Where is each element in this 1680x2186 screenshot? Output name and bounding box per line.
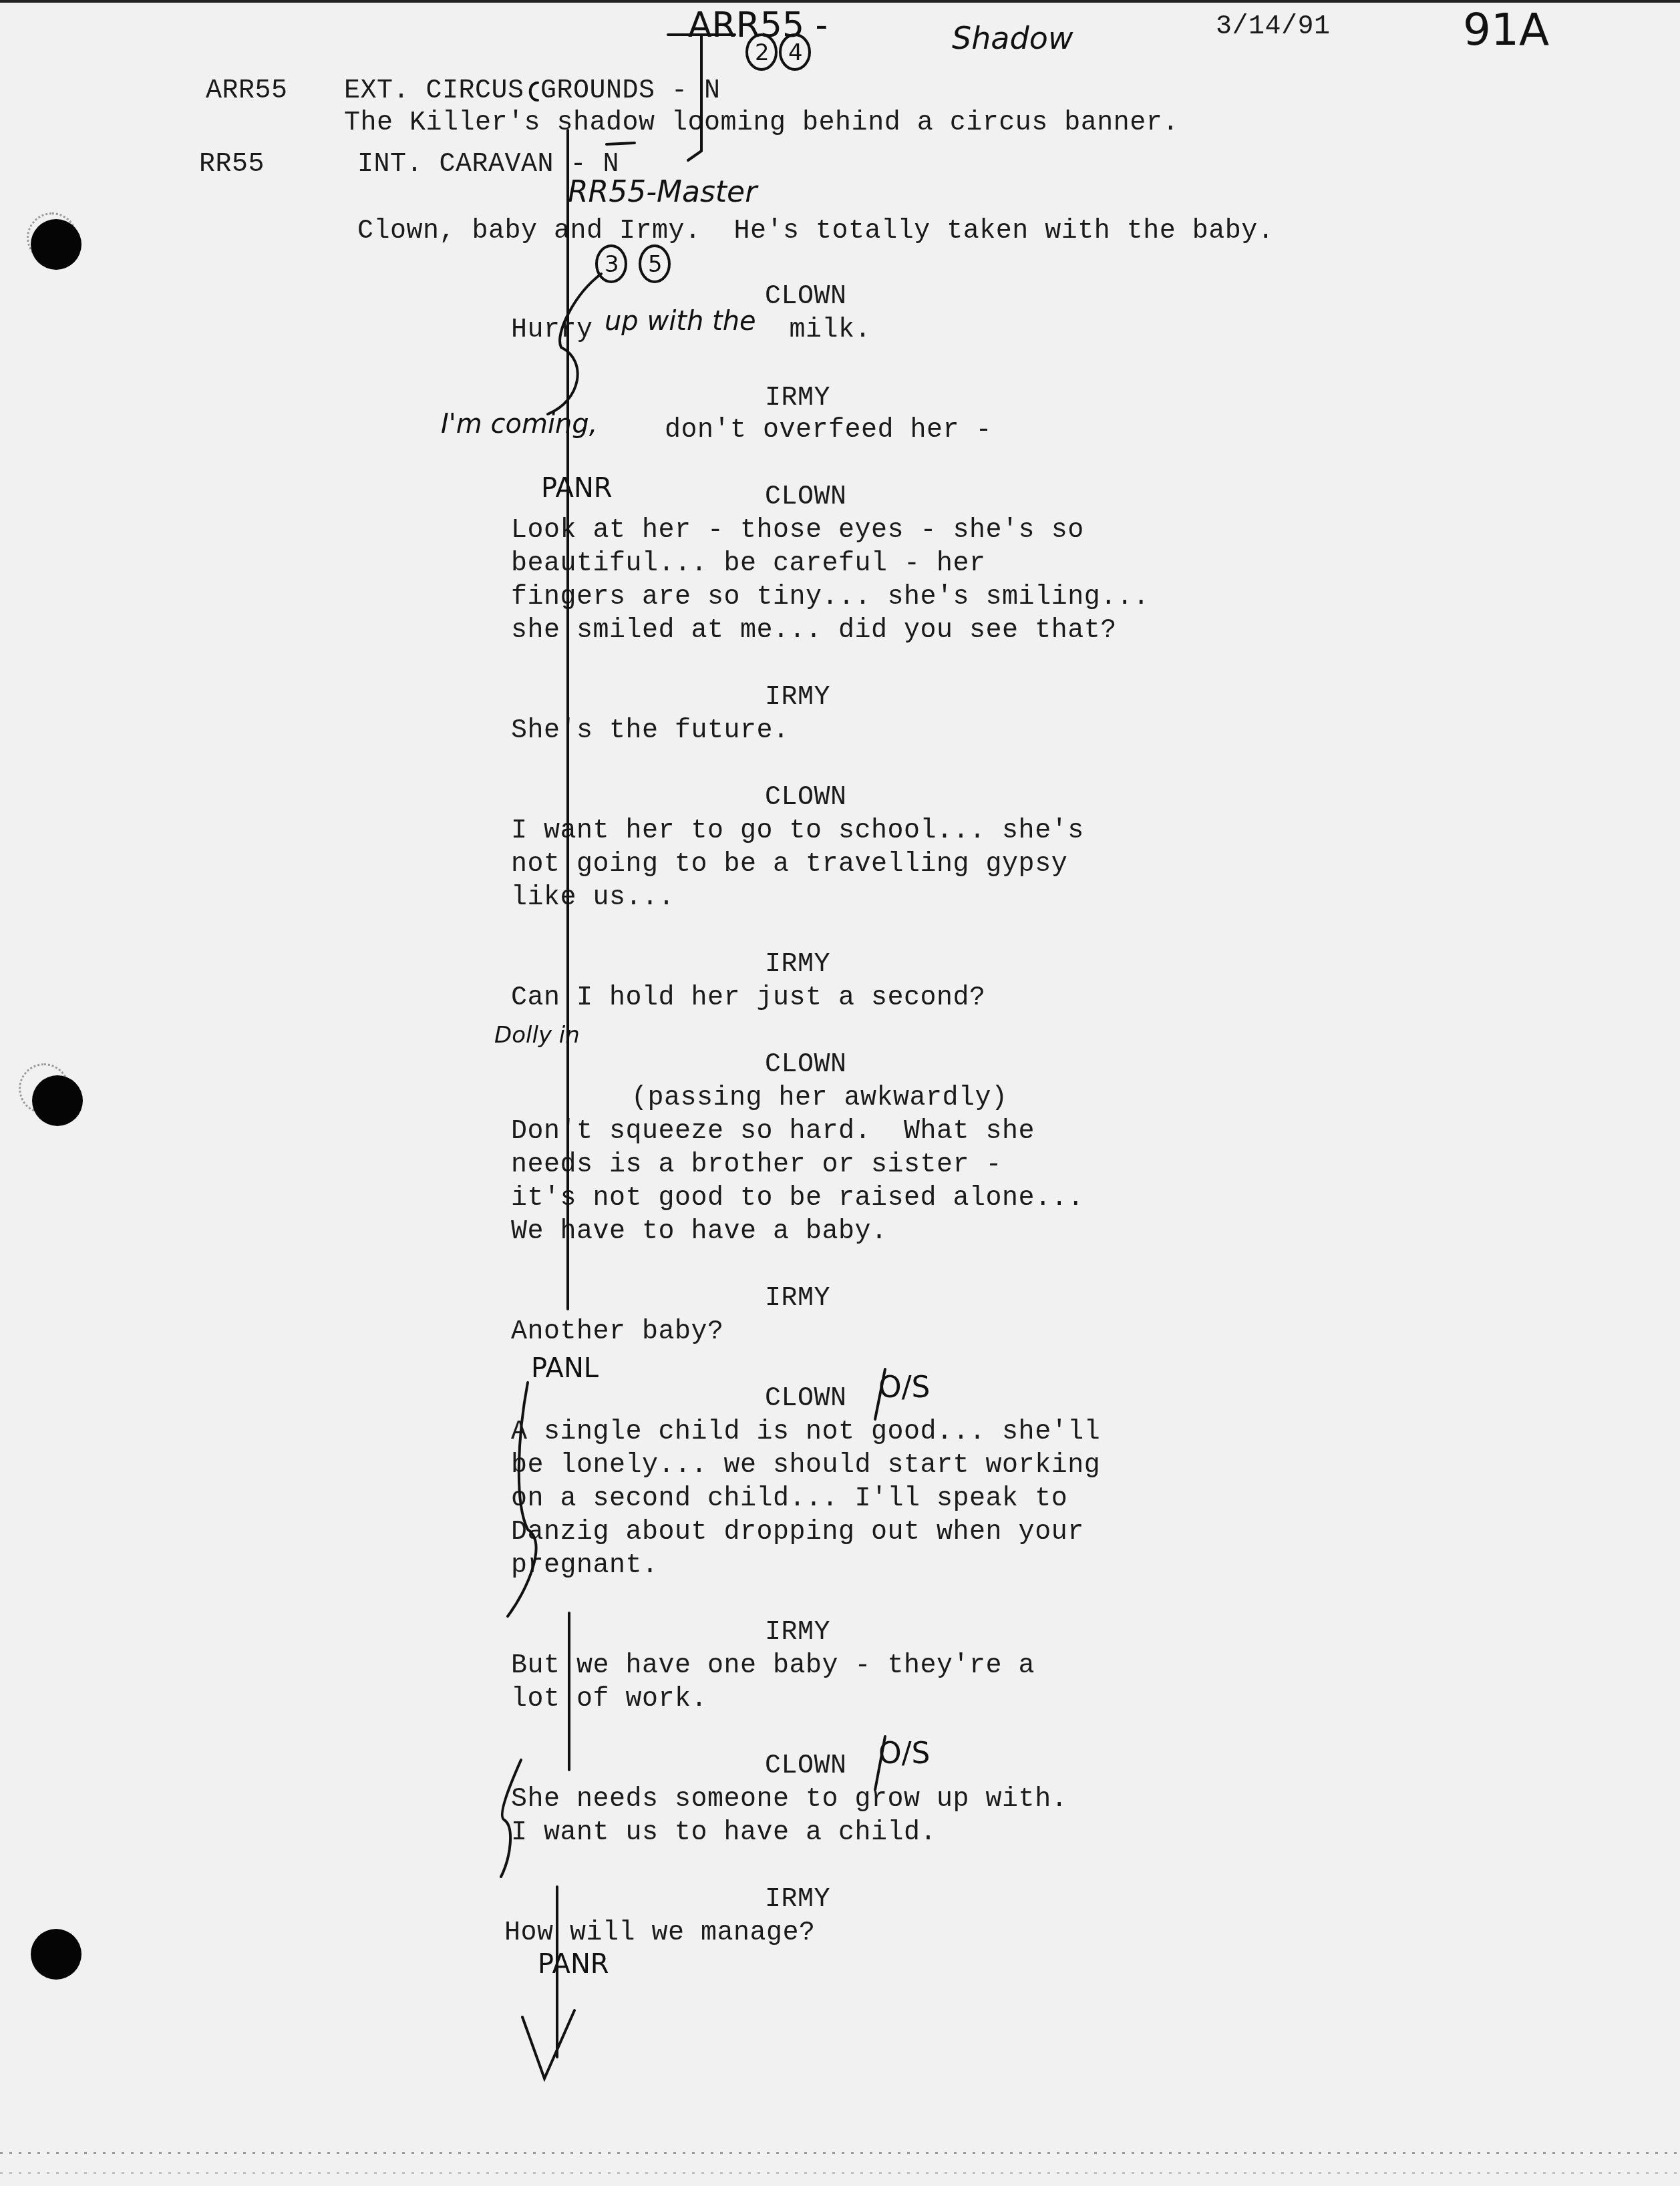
handwritten-insert: I'm coming,: [441, 409, 597, 439]
margin-note-dolly: Dolly in: [494, 1022, 580, 1049]
dialogue-line: I want her to go to school... she's: [511, 815, 1084, 848]
script-date: 3/14/91: [1216, 11, 1331, 44]
dialogue-line: Don't squeeze so hard. What she: [511, 1115, 1035, 1149]
circled-take: 5: [648, 251, 663, 278]
handwritten-scene-label: ARR55 -: [688, 5, 828, 45]
handwritten-insert: up with the: [605, 306, 756, 337]
dialogue-line: don't overfeed her -: [665, 414, 992, 447]
character-name: IRMY: [765, 1883, 830, 1917]
dialogue-line: she smiled at me... did you see that?: [511, 614, 1117, 648]
dialogue-line: A single child is not good... she'll: [511, 1416, 1100, 1449]
dialogue-line: it's not good to be raised alone...: [511, 1182, 1084, 1216]
dialogue-line: beautiful... be careful - her: [511, 548, 986, 581]
character-name: IRMY: [765, 1282, 830, 1316]
offscreen-tag: O/S: [878, 1737, 930, 1771]
margin-note-pan: PANR: [541, 473, 613, 504]
margin-note-pan: PANL: [531, 1353, 599, 1384]
parenthetical: (passing her awkwardly): [631, 1082, 1008, 1115]
character-name: IRMY: [765, 681, 830, 715]
dialogue-line: How will we manage?: [504, 1917, 816, 1950]
dialogue-line: She's the future.: [511, 715, 790, 748]
dialogue-line: I want us to have a child.: [511, 1817, 937, 1850]
offscreen-tag: O/S: [878, 1371, 930, 1405]
dialogue-line: Danzig about dropping out when your: [511, 1516, 1084, 1550]
dialogue-line: like us...: [511, 882, 675, 915]
character-name: IRMY: [765, 948, 830, 982]
page-number: 91A: [1463, 4, 1549, 55]
dialogue-line: on a second child... I'll speak to: [511, 1483, 1067, 1516]
scan-artifact: [0, 2172, 1680, 2174]
dialogue-line: not going to be a travelling gypsy: [511, 848, 1067, 882]
dialogue-line: Look at her - those eyes - she's so: [511, 514, 1084, 548]
scene-number: RR55: [199, 148, 265, 182]
binder-hole: [31, 219, 81, 270]
scan-edge: [0, 0, 1680, 3]
margin-note-pan: PANR: [538, 1949, 609, 1980]
dialogue-line: But we have one baby - they're a: [511, 1650, 1035, 1683]
dialogue-line: We have to have a baby.: [511, 1216, 888, 1249]
dialogue-line: be lonely... we should start working: [511, 1449, 1100, 1483]
character-name: CLOWN: [765, 1750, 847, 1783]
character-name: CLOWN: [765, 1049, 847, 1082]
dialogue-line: She needs someone to grow up with.: [511, 1783, 1067, 1817]
character-name: CLOWN: [765, 1383, 847, 1416]
handwritten-shadow-note: Shadow: [952, 20, 1073, 56]
handwritten-setup-note: RR55-Master: [568, 175, 757, 209]
scan-artifact: [0, 2152, 1680, 2154]
scene-action: The Killer's shadow looming behind a cir…: [344, 107, 1179, 140]
dialogue-line: needs is a brother or sister -: [511, 1149, 1002, 1182]
character-name: CLOWN: [765, 281, 847, 314]
dialogue-line: Another baby?: [511, 1316, 724, 1349]
dialogue-line: Can I hold her just a second?: [511, 982, 986, 1015]
dialogue-line: fingers are so tiny... she's smiling...: [511, 581, 1150, 614]
binder-hole: [32, 1075, 83, 1126]
scene-heading: EXT. CIRCUS GROUNDS - N: [344, 75, 721, 108]
character-name: CLOWN: [765, 481, 847, 514]
character-name: IRMY: [765, 382, 830, 415]
binder-hole: [31, 1929, 81, 1980]
scene-number: ARR55: [206, 75, 288, 108]
circled-take: 3: [605, 251, 619, 278]
character-name: CLOWN: [765, 781, 847, 815]
dialogue-line: lot of work.: [511, 1683, 707, 1716]
character-name: IRMY: [765, 1616, 830, 1650]
dialogue-line: pregnant.: [511, 1550, 659, 1583]
scene-action: Clown, baby and Irmy. He's totally taken…: [357, 215, 1274, 248]
